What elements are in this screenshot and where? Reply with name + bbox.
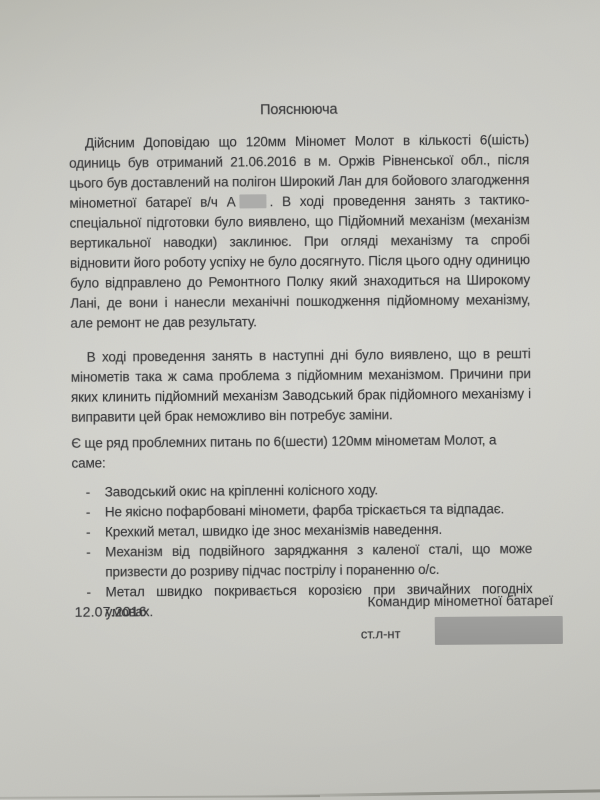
- document-page: Пояснююча Дійсним Доповідаю що 120мм Мін…: [0, 0, 600, 800]
- bullet-dash: -: [86, 483, 105, 503]
- paragraph-text-after-redaction: . В ході проведення занять з тактико-спе…: [70, 192, 531, 331]
- document-title: Пояснююча: [69, 98, 529, 123]
- signature-title: Командир мінометної батареї: [368, 593, 554, 609]
- bullet-dash: -: [86, 543, 105, 583]
- bullet-dash: -: [86, 503, 105, 523]
- signature-rank: ст.л-нт: [361, 626, 401, 641]
- bullet-dash: -: [86, 523, 105, 543]
- redaction-box-signature: [435, 616, 563, 645]
- paragraph-defect-cause: В ході проведення занять в наступні дні …: [71, 344, 532, 428]
- document-date: 12.07.2016: [75, 603, 147, 620]
- document-body: Пояснююча Дійсним Доповідаю що 120мм Мін…: [68, 0, 533, 623]
- list-item: - Механізм від подвійного заряджання з к…: [72, 539, 532, 583]
- redaction-box-unit-number: [239, 194, 266, 208]
- paragraph-issues-intro: Є ще ряд проблемних питань по 6(шести) 1…: [71, 430, 531, 474]
- paragraph-delivery-report: Дійсним Доповідаю що 120мм Міномет Молот…: [69, 130, 531, 334]
- list-item-text: Механізм від подвійного заряджання з кал…: [105, 539, 532, 582]
- document-photo: Пояснююча Дійсним Доповідаю що 120мм Мін…: [0, 0, 600, 800]
